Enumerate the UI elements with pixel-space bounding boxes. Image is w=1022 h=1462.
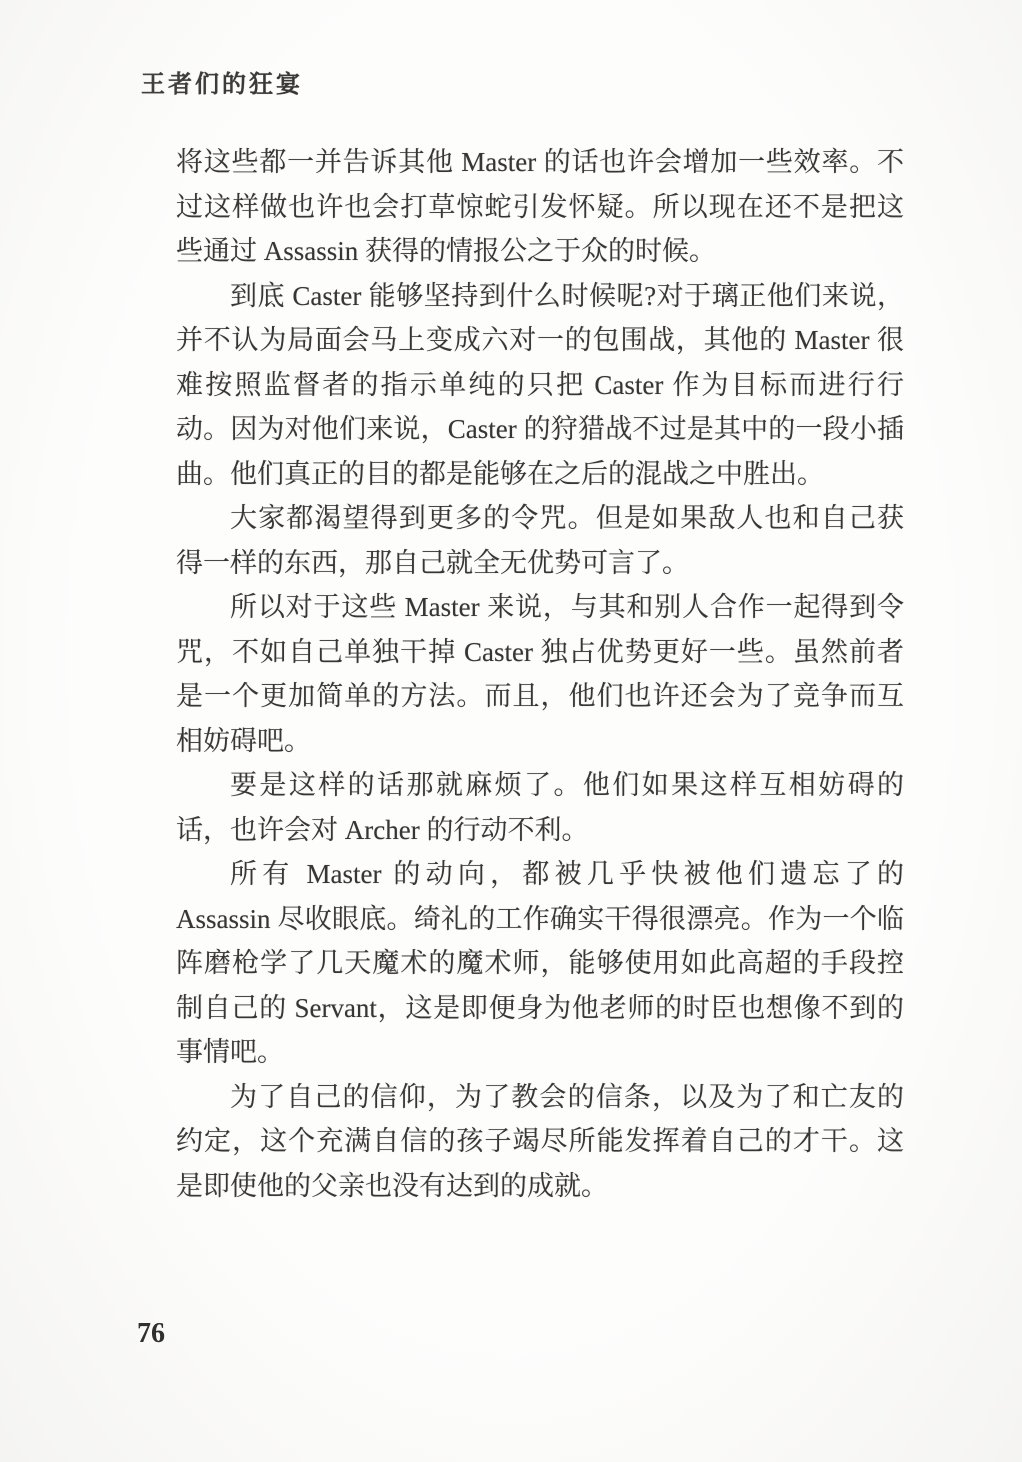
book-page: 王者们的狂宴 将这些都一并告诉其他 Master 的话也许会增加一些效率。不过这…: [0, 0, 1022, 1462]
paragraph: 为了自己的信仰，为了教会的信条，以及为了和亡友的约定，这个充满自信的孩子竭尽所能…: [176, 1075, 904, 1209]
paragraph: 将这些都一并告诉其他 Master 的话也许会增加一些效率。不过这样做也许也会打…: [176, 140, 904, 274]
paragraph: 要是这样的话那就麻烦了。他们如果这样互相妨碍的话，也许会对 Archer 的行动…: [176, 763, 904, 852]
body-text: 将这些都一并告诉其他 Master 的话也许会增加一些效率。不过这样做也许也会打…: [176, 140, 904, 1208]
paragraph: 所有 Master 的动向，都被几乎快被他们遗忘了的 Assassin 尽收眼底…: [176, 852, 904, 1075]
paragraph: 所以对于这些 Master 来说，与其和别人合作一起得到令咒，不如自己单独干掉 …: [176, 585, 904, 763]
page-number: 76: [137, 1318, 165, 1350]
paragraph: 到底 Caster 能够坚持到什么时候呢?对于璃正他们来说，并不认为局面会马上变…: [176, 274, 904, 497]
paragraph: 大家都渴望得到更多的令咒。但是如果敌人也和自己获得一样的东西，那自己就全无优势可…: [176, 496, 904, 585]
running-header: 王者们的狂宴: [141, 64, 303, 99]
